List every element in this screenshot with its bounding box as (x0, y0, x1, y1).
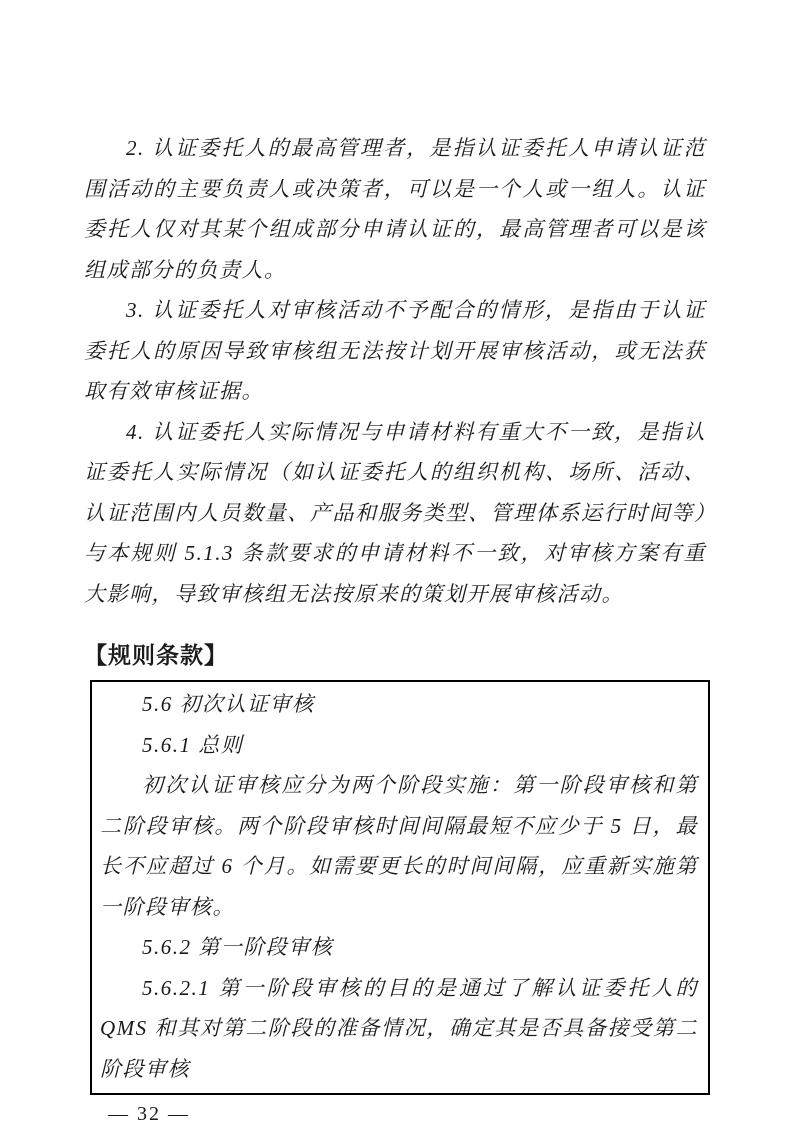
body-paragraph-definition-4: 4. 认证委托人实际情况与申请材料有重大不一致，是指认证委托人实际情况（如认证委… (84, 412, 706, 615)
body-paragraph-definition-3: 3. 认证委托人对审核活动不予配合的情形，是指由于认证委托人的原因导致审核组无法… (84, 290, 706, 412)
rule-clause-box: 5.6 初次认证审核 5.6.1 总则 初次认证审核应分为两个阶段实施：第一阶段… (90, 680, 710, 1095)
rule-box-clause-5-6-1-text: 初次认证审核应分为两个阶段实施：第一阶段审核和第二阶段审核。两个阶段审核时间间隔… (100, 765, 698, 927)
page-content: 2. 认证委托人的最高管理者，是指认证委托人申请认证范围活动的主要负责人或决策者… (84, 128, 706, 1126)
page-number: — 32 — (108, 1103, 706, 1126)
rule-box-clause-5-6-1-heading: 5.6.1 总则 (100, 725, 698, 766)
rule-clause-section-heading: 【规则条款】 (84, 640, 706, 670)
rule-box-clause-5-6-2-heading: 5.6.2 第一阶段审核 (100, 927, 698, 968)
body-paragraph-definition-2: 2. 认证委托人的最高管理者，是指认证委托人申请认证范围活动的主要负责人或决策者… (84, 128, 706, 290)
rule-box-clause-5-6-heading: 5.6 初次认证审核 (100, 684, 698, 725)
rule-box-clause-5-6-2-1-text: 5.6.2.1 第一阶段审核的目的是通过了解认证委托人的 QMS 和其对第二阶段… (100, 968, 698, 1090)
document-page: 2. 认证委托人的最高管理者，是指认证委托人申请认证范围活动的主要负责人或决策者… (0, 0, 800, 1130)
